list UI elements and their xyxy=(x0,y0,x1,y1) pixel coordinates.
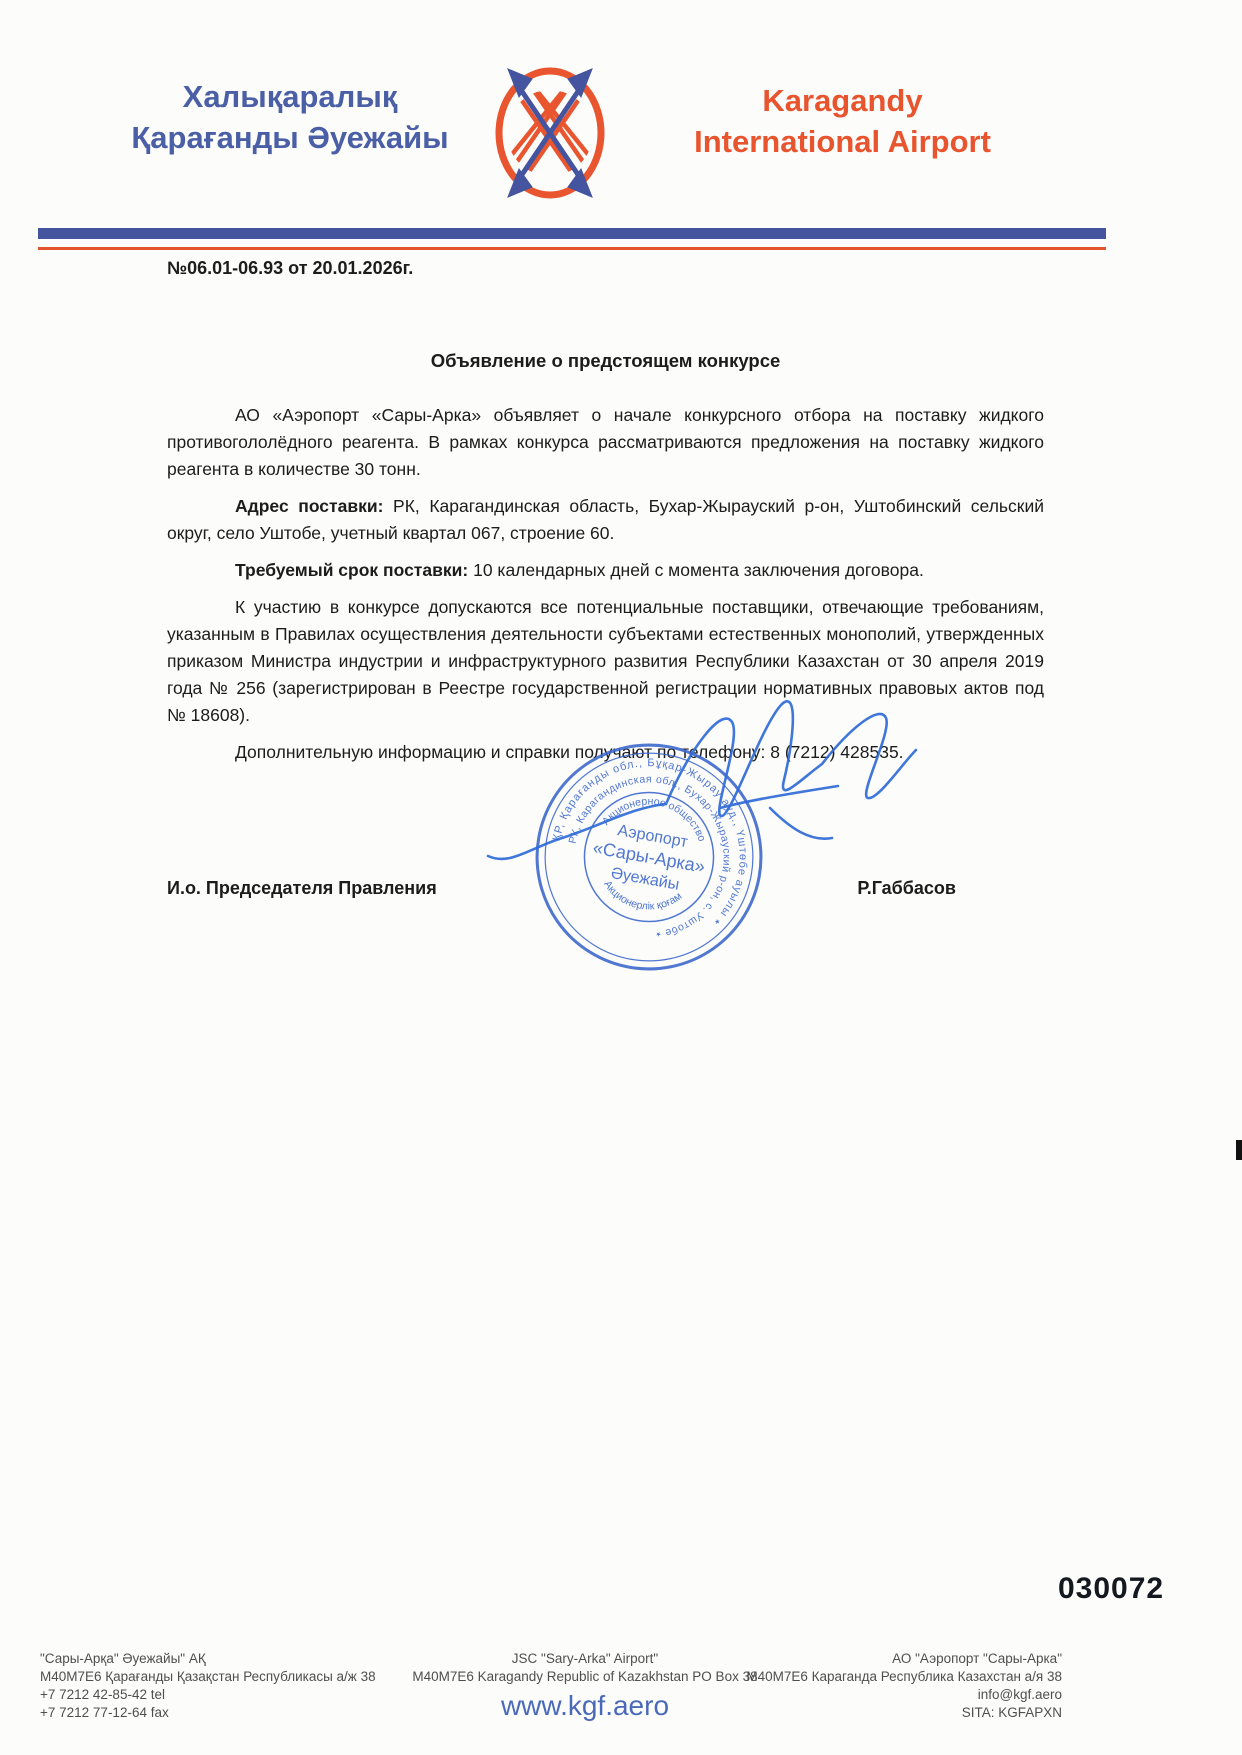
airport-title-english: Karagandy International Airport xyxy=(655,80,1030,162)
airport-logo-icon xyxy=(477,58,623,208)
signer-position: И.о. Председателя Правления xyxy=(167,878,437,899)
footer-phone: +7 7212 42-85-42 tel xyxy=(40,1686,376,1704)
paragraph-delivery-term: Требуемый срок поставки: 10 календарных … xyxy=(167,557,1044,584)
company-round-stamp: ҚР, Қарағанды обл., Бұқар-Жырау ауд., Үш… xyxy=(528,736,770,978)
footer-kazakh-postal: М40М7Е6 Қарағанды Қазақстан Республикасы… xyxy=(40,1668,376,1686)
divider-blue-bar xyxy=(38,228,1106,239)
signer-name: Р.Габбасов xyxy=(857,878,956,899)
footer-english-company: JSC "Sary-Arka" Airport" xyxy=(370,1650,800,1668)
airport-title-kazakh: Халықаралық Қарағанды Әуежайы xyxy=(105,76,475,158)
letter-page: Халықаралық Қарағанды Әуежайы Karagandy … xyxy=(0,0,1242,1755)
footer-website: www.kgf.aero xyxy=(370,1689,800,1723)
divider-orange-line xyxy=(38,247,1106,250)
form-serial-number: 030072 xyxy=(1058,1572,1164,1606)
paragraph-delivery-term-lead: Требуемый срок поставки: xyxy=(235,560,468,580)
paragraph-intro-text: АО «Аэропорт «Сары-Арка» объявляет о нач… xyxy=(167,405,1044,479)
airport-title-english-line2: International Airport xyxy=(655,121,1030,162)
airport-title-kazakh-line2: Қарағанды Әуежайы xyxy=(105,117,475,158)
paragraph-delivery-address: Адрес поставки: РК, Карагандинская облас… xyxy=(167,493,1044,547)
paragraph-intro: АО «Аэропорт «Сары-Арка» объявляет о нач… xyxy=(167,402,1044,483)
paragraph-requirements-text: К участию в конкурсе допускаются все пот… xyxy=(167,597,1044,725)
letter-body: Объявление о предстоящем конкурсе АО «Аэ… xyxy=(167,347,1044,776)
announcement-title: Объявление о предстоящем конкурсе xyxy=(167,347,1044,374)
footer-english-postal: М40М7Е6 Karagandy Republic of Kazakhstan… xyxy=(370,1668,800,1686)
footer-russian-postal: М40М7Е6 Караганда Республика Казахстан а… xyxy=(742,1668,1062,1686)
footer-kazakh-company: "Сары-Арқа" Әуежайы" АҚ xyxy=(40,1650,376,1668)
airport-title-kazakh-line1: Халықаралық xyxy=(105,76,475,117)
footer-email: info@kgf.aero xyxy=(742,1686,1062,1704)
footer-sita-code: SITA: KGFAPXN xyxy=(742,1704,1062,1722)
document-number: №06.01-06.93 от 20.01.2026г. xyxy=(167,258,413,279)
footer-english-address: JSC "Sary-Arka" Airport" М40М7Е6 Karagan… xyxy=(370,1650,800,1723)
scan-edge-artifact xyxy=(1236,1140,1242,1160)
footer-fax: +7 7212 77-12-64 fax xyxy=(40,1704,376,1722)
paragraph-delivery-address-lead: Адрес поставки: xyxy=(235,496,383,516)
paragraph-requirements: К участию в конкурсе допускаются все пот… xyxy=(167,594,1044,729)
airport-title-english-line1: Karagandy xyxy=(655,80,1030,121)
paragraph-delivery-term-text: 10 календарных дней с момента заключения… xyxy=(468,560,924,580)
footer-russian-address: АО "Аэропорт "Сары-Арка" М40М7Е6 Караган… xyxy=(742,1650,1062,1722)
footer-kazakh-address: "Сары-Арқа" Әуежайы" АҚ М40М7Е6 Қарағанд… xyxy=(40,1650,376,1722)
footer-russian-company: АО "Аэропорт "Сары-Арка" xyxy=(742,1650,1062,1668)
